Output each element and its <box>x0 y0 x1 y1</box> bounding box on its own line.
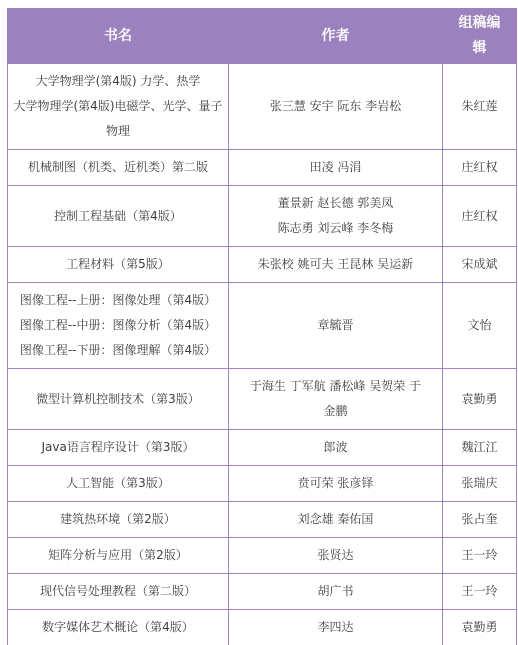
header-cell-authors: 作者 <box>229 9 443 64</box>
table-row: 现代信号处理教程（第二版） 胡广书 王一玲 <box>8 574 517 610</box>
books-table: 书名 作者 组稿编辑 大学物理学(第4版) 力学、热学 大学物理学(第4版)电磁… <box>7 8 517 645</box>
authors-cell: 田凌 冯涓 <box>229 150 443 186</box>
authors-cell: 胡广书 <box>229 574 443 610</box>
editor-cell: 王一玲 <box>443 538 517 574</box>
table-row: 矩阵分析与应用（第2版） 张贤达 王一玲 <box>8 538 517 574</box>
table-row: 人工智能（第3版） 贲可荣 张彦铎 张瑞庆 <box>8 466 517 502</box>
authors-cell: 张三慧 安宇 阮东 李岩松 <box>229 64 443 150</box>
table-row: Java语言程序设计（第3版） 郎波 魏江江 <box>8 430 517 466</box>
authors-cell: 刘念雄 秦佑国 <box>229 502 443 538</box>
table-row: 数字媒体艺术概论（第4版） 李四达 袁勤勇 <box>8 610 517 645</box>
book-title-cell: 现代信号处理教程（第二版） <box>8 574 229 610</box>
book-title-cell: Java语言程序设计（第3版） <box>8 430 229 466</box>
editor-cell: 张占奎 <box>443 502 517 538</box>
book-title-cell: 建筑热环境（第2版） <box>8 502 229 538</box>
authors-cell: 章毓晋 <box>229 283 443 369</box>
authors-cell: 张贤达 <box>229 538 443 574</box>
book-title-cell: 图像工程--上册：图像处理（第4版） 图像工程--中册：图像分析（第4版） 图像… <box>8 283 229 369</box>
header-cell-editor: 组稿编辑 <box>443 9 517 64</box>
authors-cell: 郎波 <box>229 430 443 466</box>
table-row: 机械制图（机类、近机类）第二版 田凌 冯涓 庄红权 <box>8 150 517 186</box>
header-cell-title: 书名 <box>8 9 229 64</box>
editor-cell: 文怡 <box>443 283 517 369</box>
authors-cell: 于海生 丁军航 潘松峰 吴贺荣 于 金鹏 <box>229 369 443 430</box>
editor-cell: 张瑞庆 <box>443 466 517 502</box>
authors-cell: 朱张校 姚可夫 王昆林 吴运新 <box>229 247 443 283</box>
table-row: 微型计算机控制技术（第3版） 于海生 丁军航 潘松峰 吴贺荣 于 金鹏 袁勤勇 <box>8 369 517 430</box>
editor-cell: 王一玲 <box>443 574 517 610</box>
header-row: 书名 作者 组稿编辑 <box>8 9 517 64</box>
editor-cell: 袁勤勇 <box>443 610 517 645</box>
book-title-cell: 矩阵分析与应用（第2版） <box>8 538 229 574</box>
book-title-cell: 工程材料（第5版） <box>8 247 229 283</box>
editor-cell: 庄红权 <box>443 150 517 186</box>
table-header: 书名 作者 组稿编辑 <box>8 9 517 64</box>
editor-cell: 朱红莲 <box>443 64 517 150</box>
authors-cell: 董景新 赵长德 郭美凤 陈志勇 刘云峰 李冬梅 <box>229 186 443 247</box>
table-row: 图像工程--上册：图像处理（第4版） 图像工程--中册：图像分析（第4版） 图像… <box>8 283 517 369</box>
editor-cell: 庄红权 <box>443 186 517 247</box>
book-title-cell: 大学物理学(第4版) 力学、热学 大学物理学(第4版)电磁学、光学、量子 物理 <box>8 64 229 150</box>
authors-cell: 贲可荣 张彦铎 <box>229 466 443 502</box>
book-list-container: 书名 作者 组稿编辑 大学物理学(第4版) 力学、热学 大学物理学(第4版)电磁… <box>7 8 516 645</box>
table-row: 大学物理学(第4版) 力学、热学 大学物理学(第4版)电磁学、光学、量子 物理 … <box>8 64 517 150</box>
book-title-cell: 人工智能（第3版） <box>8 466 229 502</box>
table-row: 工程材料（第5版） 朱张校 姚可夫 王昆林 吴运新 宋成斌 <box>8 247 517 283</box>
table-row: 建筑热环境（第2版） 刘念雄 秦佑国 张占奎 <box>8 502 517 538</box>
editor-cell: 袁勤勇 <box>443 369 517 430</box>
table-body: 大学物理学(第4版) 力学、热学 大学物理学(第4版)电磁学、光学、量子 物理 … <box>8 64 517 645</box>
editor-cell: 宋成斌 <box>443 247 517 283</box>
authors-cell: 李四达 <box>229 610 443 645</box>
book-title-cell: 控制工程基础（第4版） <box>8 186 229 247</box>
table-row: 控制工程基础（第4版） 董景新 赵长德 郭美凤 陈志勇 刘云峰 李冬梅 庄红权 <box>8 186 517 247</box>
book-title-cell: 微型计算机控制技术（第3版） <box>8 369 229 430</box>
book-title-cell: 数字媒体艺术概论（第4版） <box>8 610 229 645</box>
book-title-cell: 机械制图（机类、近机类）第二版 <box>8 150 229 186</box>
editor-cell: 魏江江 <box>443 430 517 466</box>
